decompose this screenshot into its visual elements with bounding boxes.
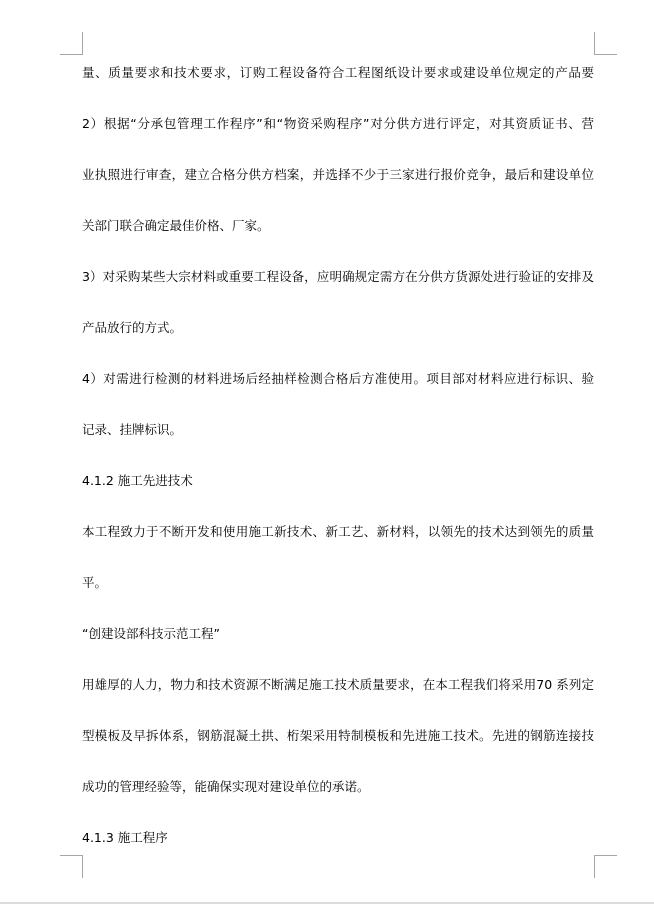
text-line: 业执照进行审查，建立合格分供方档案，并选择不少于三家进行报价竞争，最后和建设单位… [82, 149, 594, 200]
text-boundary-mark-bottom-left [60, 855, 83, 878]
text-boundary-mark-bottom-right [594, 855, 617, 878]
text-line: 2）根据“分承包管理工作程序”和“物资采购程序”对分供方进行评定，对其资质证书、… [82, 98, 594, 149]
text-boundary-mark-top-right [594, 32, 617, 55]
section-heading-4-1-2: 4.1.2 施工先进技术 [82, 455, 594, 506]
text-line: 本工程致力于不断开发和使用施工新技术、新工艺、新材料，以领先的技术达到领先的质量… [82, 506, 594, 557]
document-text-area[interactable]: 量、质量要求和技术要求，订购工程设备符合工程图纸设计要求或建设单位规定的产品要求… [82, 47, 594, 863]
text-line: 4）对需进行检测的材料进场后经抽样检测合格后方准使用。项目部对材料应进行标识、验… [82, 353, 594, 404]
quoted-title-line: “创建设部科技示范工程” [82, 608, 594, 659]
text-line: 量、质量要求和技术要求，订购工程设备符合工程图纸设计要求或建设单位规定的产品要求… [82, 47, 594, 98]
text-line: 产品放行的方式。 [82, 302, 594, 353]
document-page[interactable]: 量、质量要求和技术要求，订购工程设备符合工程图纸设计要求或建设单位规定的产品要求… [0, 0, 654, 904]
section-heading-4-1-3: 4.1.3 施工程序 [82, 812, 594, 863]
text-line: 关部门联合确定最佳价格、厂家。 [82, 200, 594, 251]
text-line: 3）对采购某些大宗材料或重要工程设备，应明确规定需方在分供方货源处进行验证的安排… [82, 251, 594, 302]
text-line: 平。 [82, 557, 594, 608]
text-line: 用雄厚的人力，物力和技术资源不断满足施工技术质量要求，在本工程我们将采用70 系… [82, 659, 594, 710]
text-line: 记录、挂牌标识。 [82, 404, 594, 455]
text-line: 成功的管理经验等，能确保实现对建设单位的承诺。 [82, 761, 594, 812]
text-line: 型模板及早拆体系，钢筋混凝土拱、桁架采用特制模板和先进施工技术。先进的钢筋连接技… [82, 710, 594, 761]
text-boundary-mark-top-left [60, 32, 83, 55]
